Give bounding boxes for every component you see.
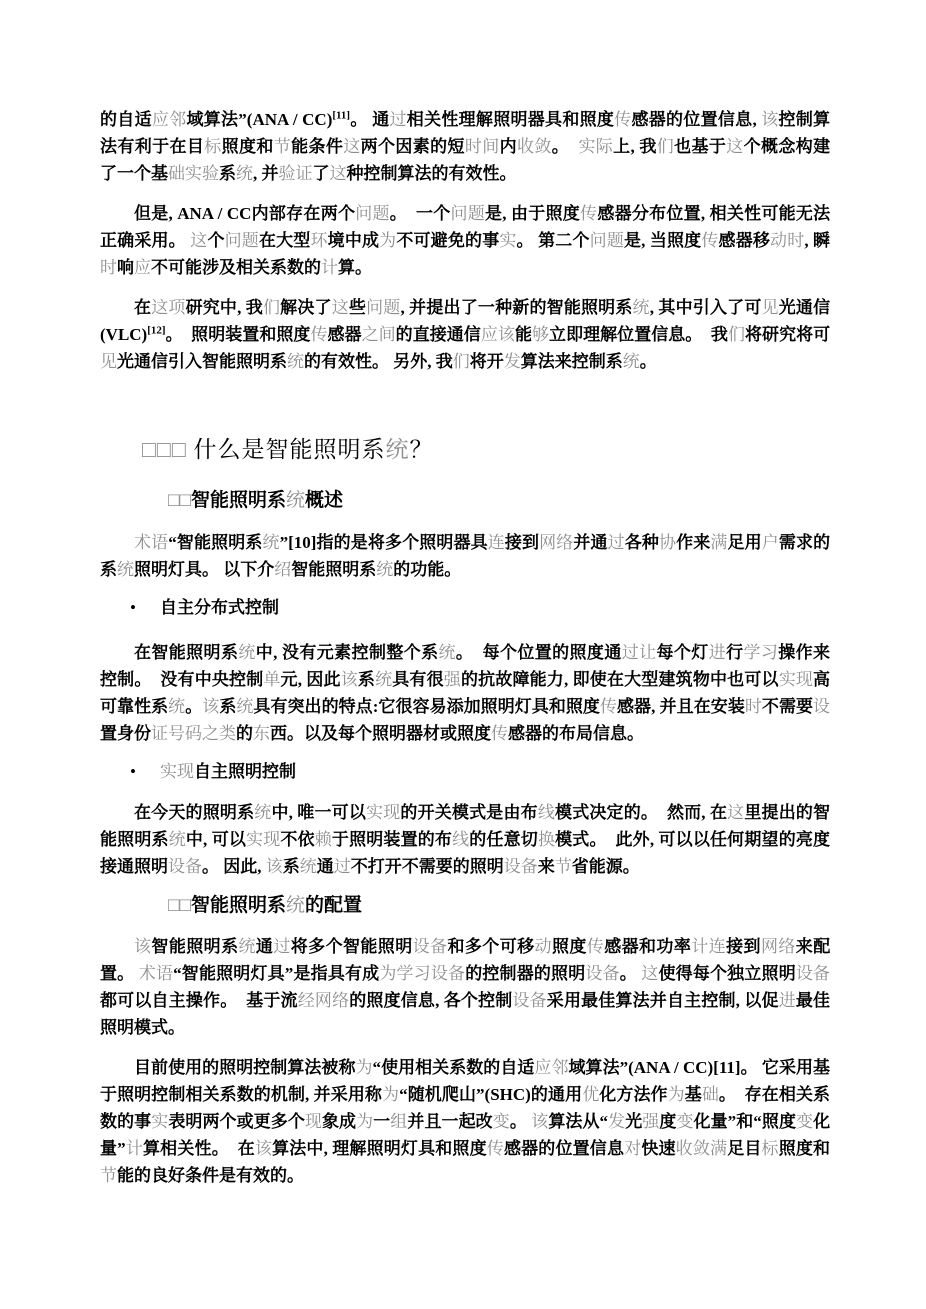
document-page: 的自适应邻域算法”(ANA / CC)[11]。 通过相关性理解照明器具和照度传…	[0, 0, 926, 1309]
paragraph-text: 。 照明装置和照度传感器之间的直接通信应该能够立即理解位置信息。 我们将研究将可…	[100, 325, 830, 371]
paragraph-text: 该智能照明系统通过将多个智能照明设备和多个可移动照度传感器和功率计连接到网络来配…	[100, 937, 830, 1037]
configuration-paragraph-2: 目前使用的照明控制算法被称为“使用相关系数的自适应邻域算法”(ANA / CC)…	[100, 1054, 830, 1189]
bullet-1-paragraph: 在智能照明系统中, 没有元素控制整个系统。 每个位置的照度通过让每个灯进行学习操…	[100, 639, 830, 747]
section-heading: □□□ 什么是智能照明系统？	[142, 433, 830, 467]
configuration-paragraph-1: 该智能照明系统通过将多个智能照明设备和多个可移动照度传感器和功率计连接到网络来配…	[100, 933, 830, 1041]
paragraph-text: 目前使用的照明控制算法被称为“使用相关系数的自适应邻域算法”(ANA / CC)…	[100, 1058, 830, 1185]
paragraph-text: 术语“智能照明系统”[10]指的是将多个照明器具连接到网络并通过各种协作来满足用…	[100, 533, 830, 579]
bullet-icon: •	[130, 594, 160, 621]
bullet-item-distributed-control: • 自主分布式控制	[100, 594, 830, 621]
bullet-label: 自主分布式控制	[160, 594, 279, 621]
subheading-configuration: □□智能照明系统的配置	[168, 892, 830, 920]
heading-text: □□□ 什么是智能照明系统？	[142, 437, 433, 462]
subheading-text: □□智能照明系统概述	[168, 490, 343, 511]
overview-paragraph: 术语“智能照明系统”[10]指的是将多个照明器具连接到网络并通过各种协作来满足用…	[100, 529, 830, 583]
page-content: 的自适应邻域算法”(ANA / CC)[11]。 通过相关性理解照明器具和照度传…	[0, 0, 926, 1189]
paragraph-text: 但是, ANA / CC内部存在两个问题。 一个问题是, 由于照度传感器分布位置…	[100, 204, 830, 277]
subheading-overview: □□智能照明系统概述	[168, 487, 830, 515]
intro-paragraph-3: 在这项研究中, 我们解决了这些问题, 并提出了一种新的智能照明系统, 其中引入了…	[100, 294, 830, 375]
reference-superscript-11: [11]	[332, 109, 350, 121]
reference-superscript-12: [12]	[147, 324, 165, 336]
paragraph-text: 在智能照明系统中, 没有元素控制整个系统。 每个位置的照度通过让每个灯进行学习操…	[100, 643, 830, 743]
paragraph-text: 在今天的照明系统中, 唯一可以实现的开关模式是由布线模式决定的。 然而, 在这里…	[100, 803, 830, 876]
intro-paragraph-2: 但是, ANA / CC内部存在两个问题。 一个问题是, 由于照度传感器分布位置…	[100, 200, 830, 281]
paragraph-text: 的自适应邻域算法”(ANA / CC)	[100, 110, 332, 129]
bullet-2-paragraph: 在今天的照明系统中, 唯一可以实现的开关模式是由布线模式决定的。 然而, 在这里…	[100, 799, 830, 880]
bullet-item-autonomous-lighting: • 实现自主照明控制	[100, 758, 830, 785]
bullet-label: 实现自主照明控制	[160, 758, 296, 785]
bullet-icon: •	[130, 758, 160, 785]
intro-paragraph-1: 的自适应邻域算法”(ANA / CC)[11]。 通过相关性理解照明器具和照度传…	[100, 106, 830, 187]
subheading-text: □□智能照明系统的配置	[168, 895, 362, 916]
